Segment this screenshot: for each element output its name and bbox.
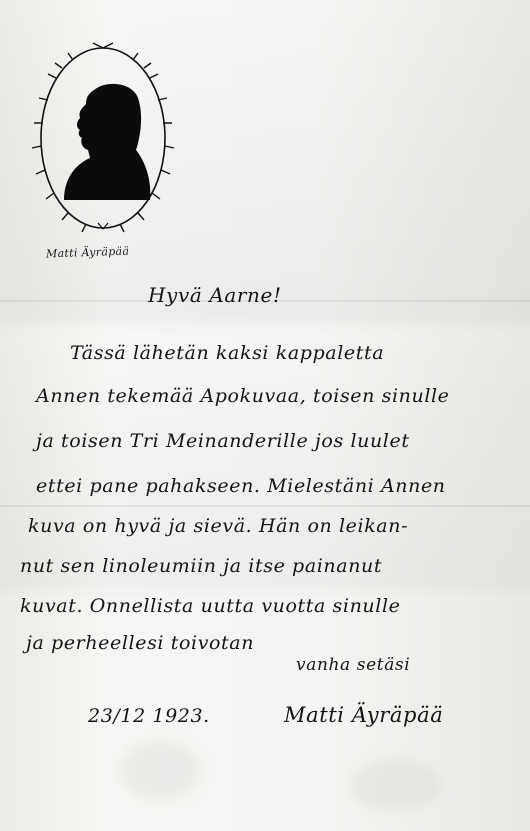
letter-date: 23/12 1923. xyxy=(88,705,210,727)
body-line-2: Annen tekemää Apokuvaa, toisen sinulle xyxy=(36,385,450,407)
body-line-3: ja toisen Tri Meinanderille jos luulet xyxy=(36,430,410,452)
signature: Matti Äyräpää xyxy=(284,703,443,727)
portrait-caption: Matti Äyräpää xyxy=(46,245,130,261)
body-line-6: nut sen linoleumiin ja itse painanut xyxy=(20,555,382,577)
body-line-1: Tässä lähetän kaksi kappaletta xyxy=(70,342,384,364)
greeting: Hyvä Aarne! xyxy=(148,283,282,307)
paper-stain xyxy=(350,760,440,810)
silhouette-portrait-icon xyxy=(28,38,178,243)
body-line-5: kuva on hyvä ja sievä. Hän on leikan- xyxy=(28,515,408,537)
paper-fold xyxy=(0,505,530,507)
closing: vanha setäsi xyxy=(296,655,410,675)
body-line-4: ettei pane pahakseen. Mielestäni Annen xyxy=(36,475,446,497)
paper-stain xyxy=(120,740,200,800)
letter-page: Matti Äyräpää Hyvä Aarne! Tässä lähetän … xyxy=(0,0,530,831)
body-line-8: ja perheellesi toivotan xyxy=(26,632,254,654)
body-line-7: kuvat. Onnellista uutta vuotta sinulle xyxy=(20,595,400,617)
